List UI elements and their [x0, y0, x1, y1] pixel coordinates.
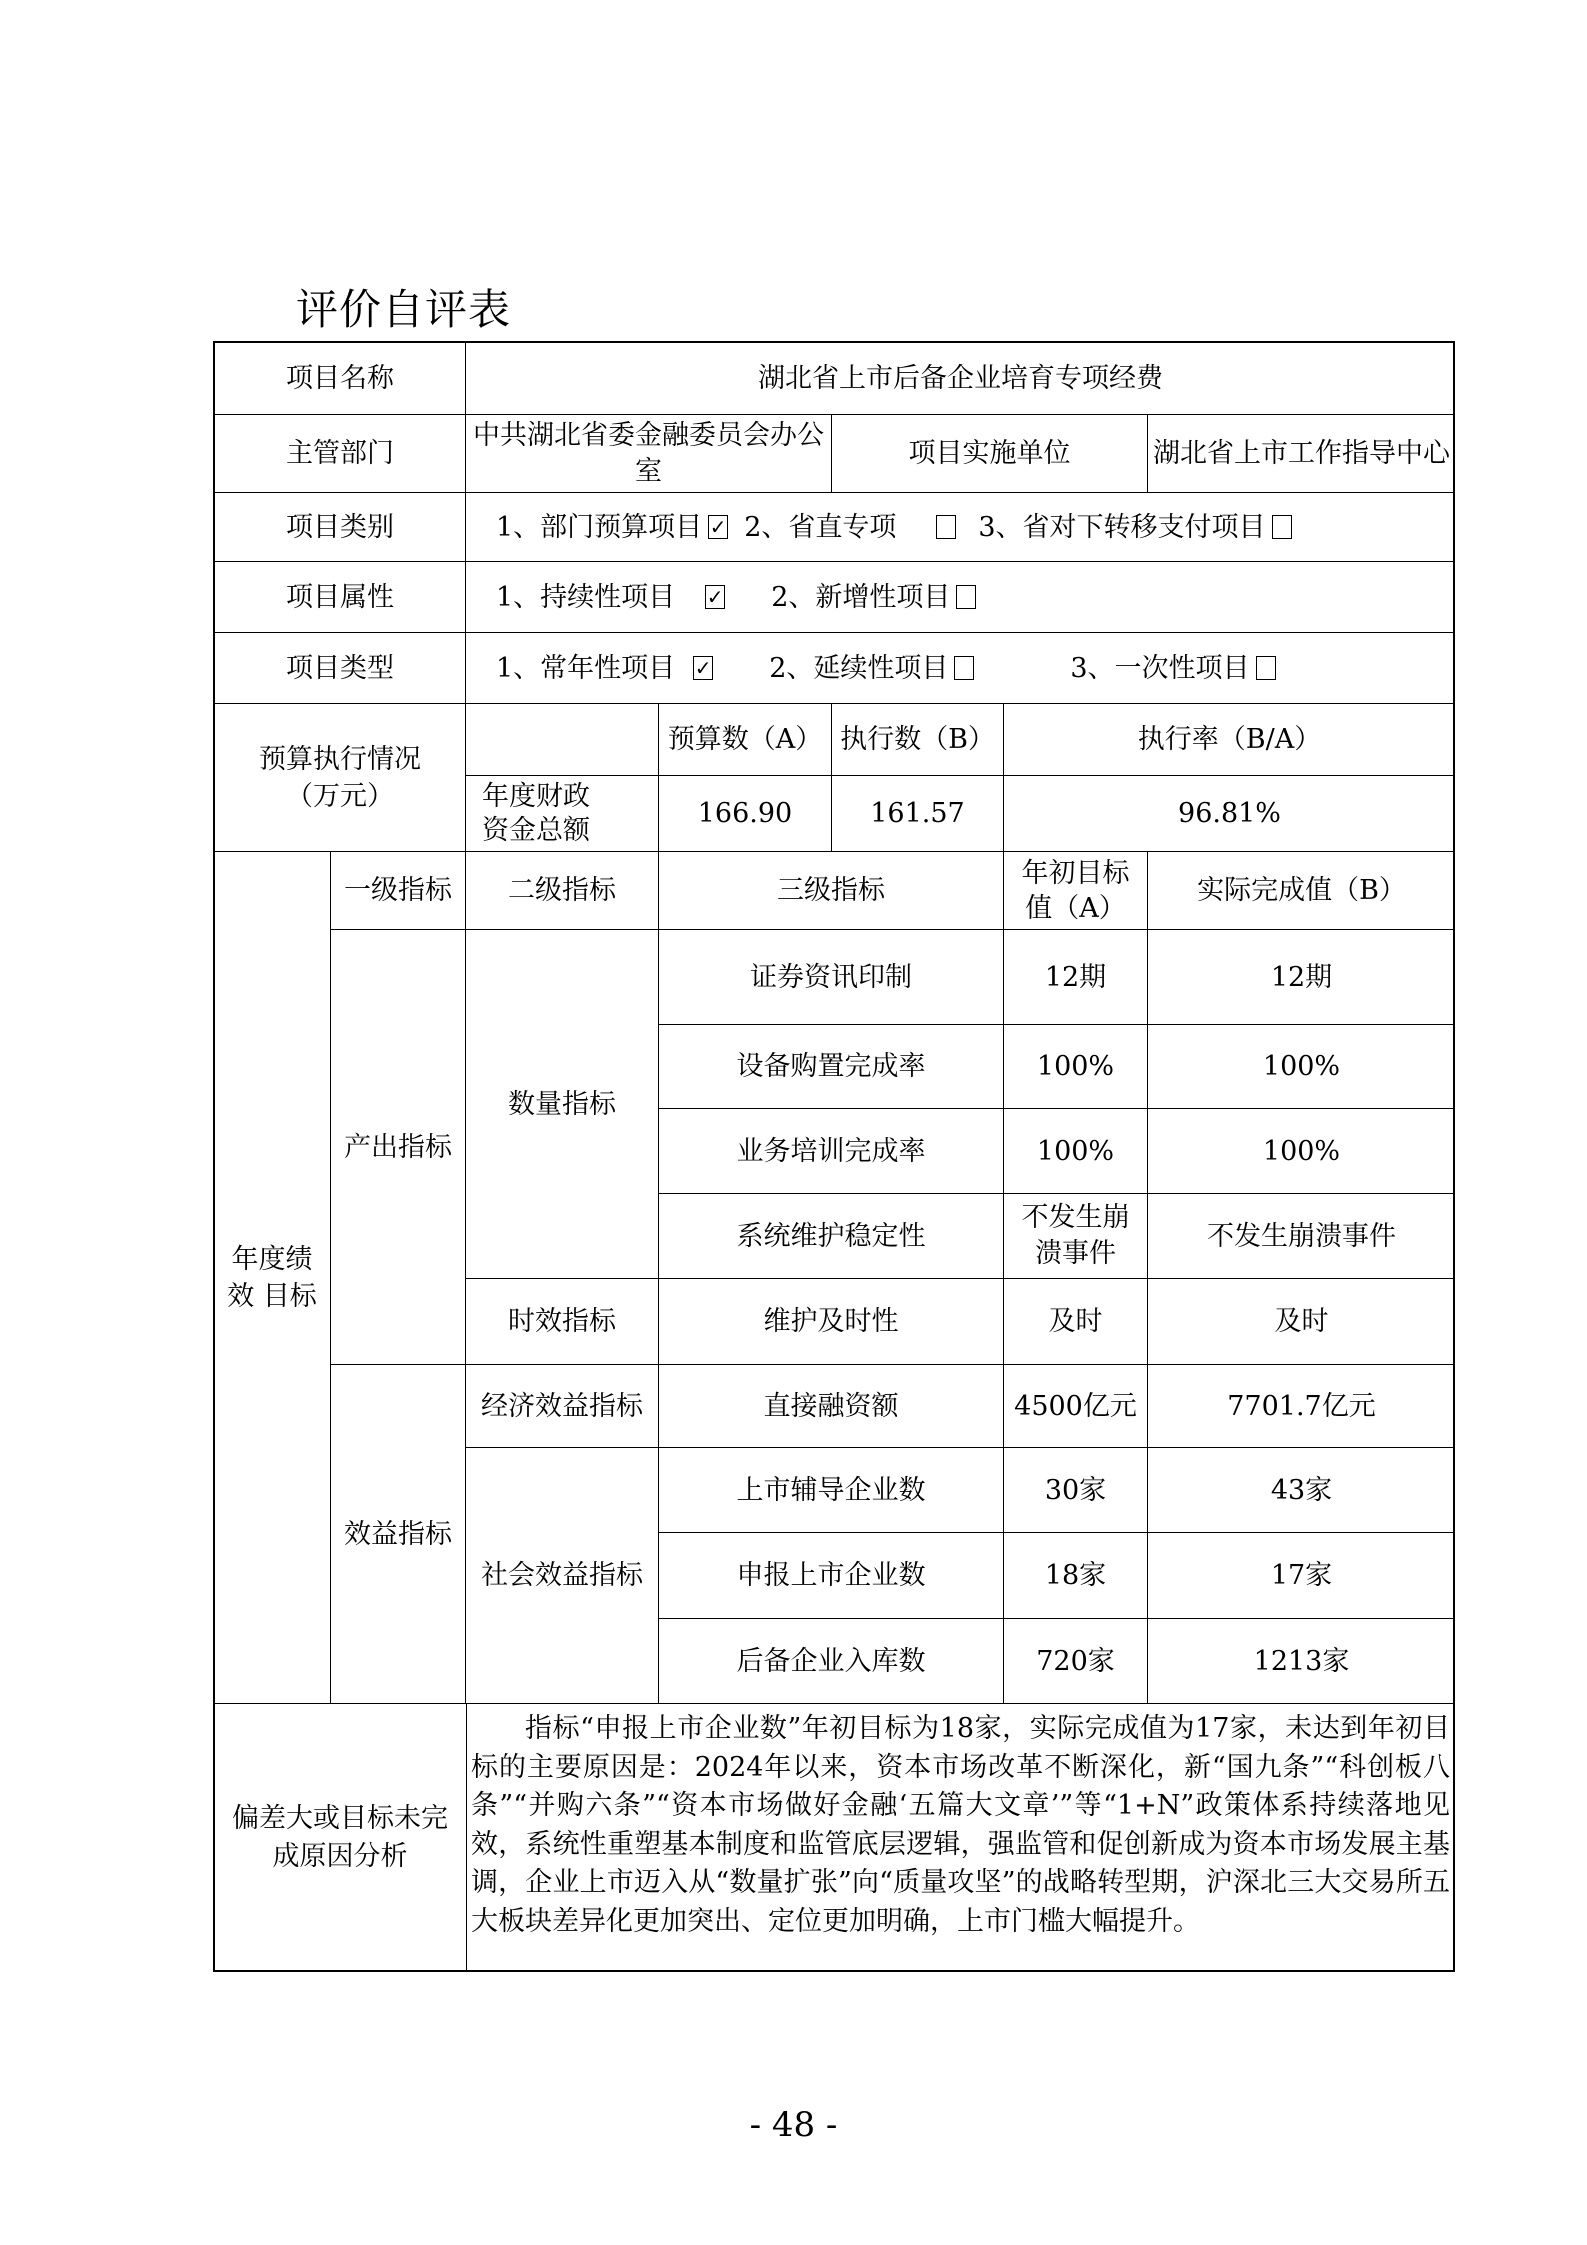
indicator-name: 设备购置完成率 [658, 1024, 1003, 1108]
indicator-name: 维护及时性 [658, 1278, 1003, 1364]
header-target-line2: 值（A） [1025, 891, 1126, 926]
level2-timeliness: 时效指标 [465, 1278, 658, 1364]
project-name-value: 湖北省上市后备企业培育专项经费 [465, 341, 1455, 414]
indicator-actual: 1213家 [1147, 1618, 1455, 1703]
rate-value: 96.81% [1003, 775, 1455, 851]
type-option-1: 1、常年性项目 [496, 650, 675, 687]
checkbox-checked-icon[interactable] [708, 515, 728, 539]
indicator-target-line2: 溃事件 [1035, 1236, 1116, 1272]
type-option-2: 2、延续性项目 [769, 650, 948, 687]
level1-benefit: 效益指标 [330, 1364, 465, 1703]
checkbox-empty-icon[interactable] [1256, 656, 1276, 680]
checkbox-checked-icon[interactable] [705, 585, 725, 609]
indicator-actual: 及时 [1147, 1278, 1455, 1364]
deviation-analysis-text: 指标“申报上市企业数”年初目标为18家，实际完成值为17家，未达到年初目标的主要… [466, 1703, 1454, 1972]
level2-quantity: 数量指标 [465, 929, 658, 1278]
budget-col-exec: 执行数（B） [831, 703, 1003, 775]
indicator-target: 100% [1003, 1108, 1147, 1193]
budget-col-budget: 预算数（A） [658, 703, 831, 775]
deviation-paragraph: 指标“申报上市企业数”年初目标为18家，实际完成值为17家，未达到年初目标的主要… [471, 1710, 1450, 1941]
indicator-target: 30家 [1003, 1447, 1147, 1532]
budget-row-label: 年度财政 资金总额 [465, 775, 658, 851]
indicator-target: 4500亿元 [1003, 1364, 1147, 1447]
indicator-actual: 17家 [1147, 1532, 1455, 1618]
performance-label-line1: 年度绩 [232, 1241, 313, 1278]
indicator-target: 不发生崩 溃事件 [1003, 1193, 1147, 1278]
indicator-actual: 7701.7亿元 [1147, 1364, 1455, 1447]
attribute-option-1: 1、持续性项目 [496, 579, 675, 616]
checkbox-empty-icon[interactable] [1272, 515, 1292, 539]
exec-value: 161.57 [831, 775, 1003, 851]
indicator-name: 证券资讯印制 [658, 929, 1003, 1024]
deviation-label-line1: 偏差大或目标未完 [232, 1800, 448, 1838]
type-label: 项目类型 [213, 632, 466, 703]
indicator-target: 100% [1003, 1024, 1147, 1108]
indicator-target: 18家 [1003, 1532, 1147, 1618]
indicator-target-line1: 不发生崩 [1022, 1200, 1130, 1236]
indicator-name: 上市辅导企业数 [658, 1447, 1003, 1532]
indicator-target: 720家 [1003, 1618, 1147, 1703]
dept-label: 主管部门 [213, 414, 466, 492]
checkbox-empty-icon[interactable] [954, 656, 974, 680]
checkbox-checked-icon[interactable] [693, 656, 713, 680]
deviation-label: 偏差大或目标未完 成原因分析 [213, 1703, 466, 1972]
indicator-name: 后备企业入库数 [658, 1618, 1003, 1703]
impl-unit-value: 湖北省上市工作指导中心 [1147, 414, 1455, 492]
category-option-3: 3、省对下转移支付项目 [978, 509, 1265, 546]
level2-social: 社会效益指标 [465, 1447, 658, 1703]
project-name-label: 项目名称 [213, 341, 466, 414]
page-title: 评价自评表 [296, 280, 511, 340]
category-options: 1、部门预算项目 2、省直专项 3、省对下转移支付项目 [465, 492, 1455, 561]
checkbox-empty-icon[interactable] [956, 585, 976, 609]
attribute-label: 项目属性 [213, 561, 466, 632]
type-option-3: 3、一次性项目 [1070, 650, 1249, 687]
type-options: 1、常年性项目 2、延续性项目 3、一次性项目 [465, 632, 1455, 703]
performance-section-label: 年度绩 效 目标 [213, 851, 330, 1703]
indicator-actual: 100% [1147, 1024, 1455, 1108]
budget-label-line2: （万元） [286, 778, 394, 815]
budget-value: 166.90 [658, 775, 831, 851]
level1-output: 产出指标 [330, 929, 465, 1364]
budget-row-label-line1: 年度财政 [482, 780, 590, 814]
dept-value: 中共湖北省委金融委员会办公室 [465, 414, 831, 492]
indicator-actual: 不发生崩溃事件 [1147, 1193, 1455, 1278]
indicator-name: 申报上市企业数 [658, 1532, 1003, 1618]
indicator-name: 直接融资额 [658, 1364, 1003, 1447]
level2-economic: 经济效益指标 [465, 1364, 658, 1447]
category-option-2: 2、省直专项 [744, 509, 896, 546]
header-actual: 实际完成值（B） [1147, 851, 1455, 929]
header-target: 年初目标 值（A） [1003, 851, 1147, 929]
attribute-option-2: 2、新增性项目 [771, 579, 950, 616]
header-level1: 一级指标 [330, 851, 465, 929]
indicator-actual: 100% [1147, 1108, 1455, 1193]
page-number: - 48 - [0, 2100, 1587, 2150]
deviation-label-line2: 成原因分析 [273, 1838, 408, 1876]
attribute-options: 1、持续性项目 2、新增性项目 [465, 561, 1455, 632]
performance-label-line2: 效 目标 [227, 1278, 317, 1315]
indicator-actual: 43家 [1147, 1447, 1455, 1532]
budget-row-label-line2: 资金总额 [482, 814, 590, 848]
category-label: 项目类别 [213, 492, 466, 561]
impl-unit-label: 项目实施单位 [831, 414, 1147, 492]
indicator-target: 及时 [1003, 1278, 1147, 1364]
indicator-actual: 12期 [1147, 929, 1455, 1024]
budget-label-line1: 预算执行情况 [259, 741, 421, 778]
header-level3: 三级指标 [658, 851, 1003, 929]
checkbox-empty-icon[interactable] [936, 515, 956, 539]
indicator-target: 12期 [1003, 929, 1147, 1024]
indicator-name: 系统维护稳定性 [658, 1193, 1003, 1278]
budget-label: 预算执行情况 （万元） [213, 703, 466, 851]
header-level2: 二级指标 [465, 851, 658, 929]
budget-col-rate: 执行率（B/A） [1003, 703, 1455, 775]
indicator-name: 业务培训完成率 [658, 1108, 1003, 1193]
category-option-1: 1、部门预算项目 [496, 509, 702, 546]
budget-header-empty [465, 703, 658, 775]
header-target-line1: 年初目标 [1022, 856, 1130, 891]
